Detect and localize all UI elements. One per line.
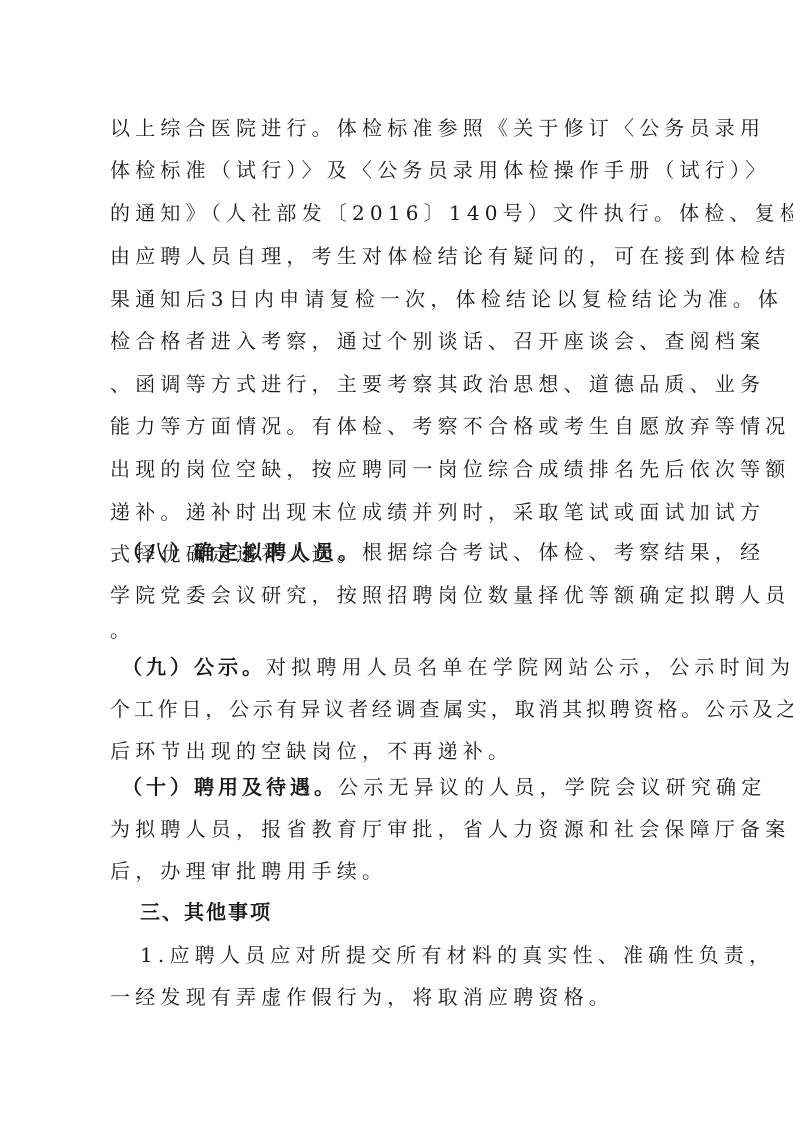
paragraph-9: （九）公示。对拟聘用人员名单在学院网站公示，公示时间为5 xyxy=(122,655,722,679)
body-text-line: 检合格者进入考察，通过个别谈话、召开座谈会、查阅档案 xyxy=(110,329,710,353)
body-text-line: 后，办理审批聘用手续。 xyxy=(110,859,710,883)
paragraph-10-title: （十）聘用及待遇。 xyxy=(122,775,338,799)
body-text-line: 由应聘人员自理，考生对体检结论有疑问的，可在接到体检结 xyxy=(110,244,710,268)
body-text-line: 个工作日，公示有异议者经调查属实，取消其拟聘资格。公示及之 xyxy=(110,697,710,721)
list-item-1: 1.应聘人员应对所提交所有材料的真实性、准确性负责， xyxy=(140,943,740,967)
body-text-line: 的通知》（人社部发〔2016〕140号）文件执行。体检、复检费用 xyxy=(110,201,710,225)
body-text-line: 为拟聘人员，报省教育厅审批，省人力资源和社会保障厅备案 xyxy=(110,817,710,841)
body-text-line: 果通知后3日内申请复检一次，体检结论以复检结论为准。体 xyxy=(110,287,710,311)
body-text: 公示无异议的人员，学院会议研究确定 xyxy=(338,775,766,799)
body-text-line: 递补。递补时出现末位成绩并列时，采取笔试或面试加试方 xyxy=(110,500,710,524)
body-text-line: 。 xyxy=(110,618,710,642)
body-text-line: 以上综合医院进行。体检标准参照《关于修订〈公务员录用 xyxy=(110,116,710,140)
paragraph-10: （十）聘用及待遇。公示无异议的人员，学院会议研究确定 xyxy=(122,775,722,799)
section-heading: 三、其他事项 xyxy=(140,900,740,924)
body-text-line: 一经发现有弄虚作假行为，将取消应聘资格。 xyxy=(110,985,710,1009)
body-text-line: 后环节出现的空缺岗位，不再递补。 xyxy=(110,739,710,763)
body-text-line: 学院党委会议研究，按照招聘岗位数量择优等额确定拟聘人员 xyxy=(110,583,710,607)
paragraph-8: （八）确定拟聘人员。根据综合考试、体检、考察结果，经 xyxy=(122,540,722,564)
paragraph-9-title: （九）公示。 xyxy=(122,655,266,679)
body-text-line: 体检标准（试行）〉及〈公务员录用体检操作手册（试行）〉 xyxy=(110,158,710,182)
body-text: 根据综合考试、体检、考察结果，经 xyxy=(362,540,765,564)
body-text-line: 、函调等方式进行，主要考察其政治思想、道德品质、业务 xyxy=(110,372,710,396)
paragraph-8-title: （八）确定拟聘人员。 xyxy=(122,540,362,564)
body-text-line: 出现的岗位空缺，按应聘同一岗位综合成绩排名先后依次等额 xyxy=(110,457,710,481)
body-text-line: 能力等方面情况。有体检、考察不合格或考生自愿放弃等情况 xyxy=(110,414,710,438)
body-text: 对拟聘用人员名单在学院网站公示，公示时间为5 xyxy=(266,655,793,679)
